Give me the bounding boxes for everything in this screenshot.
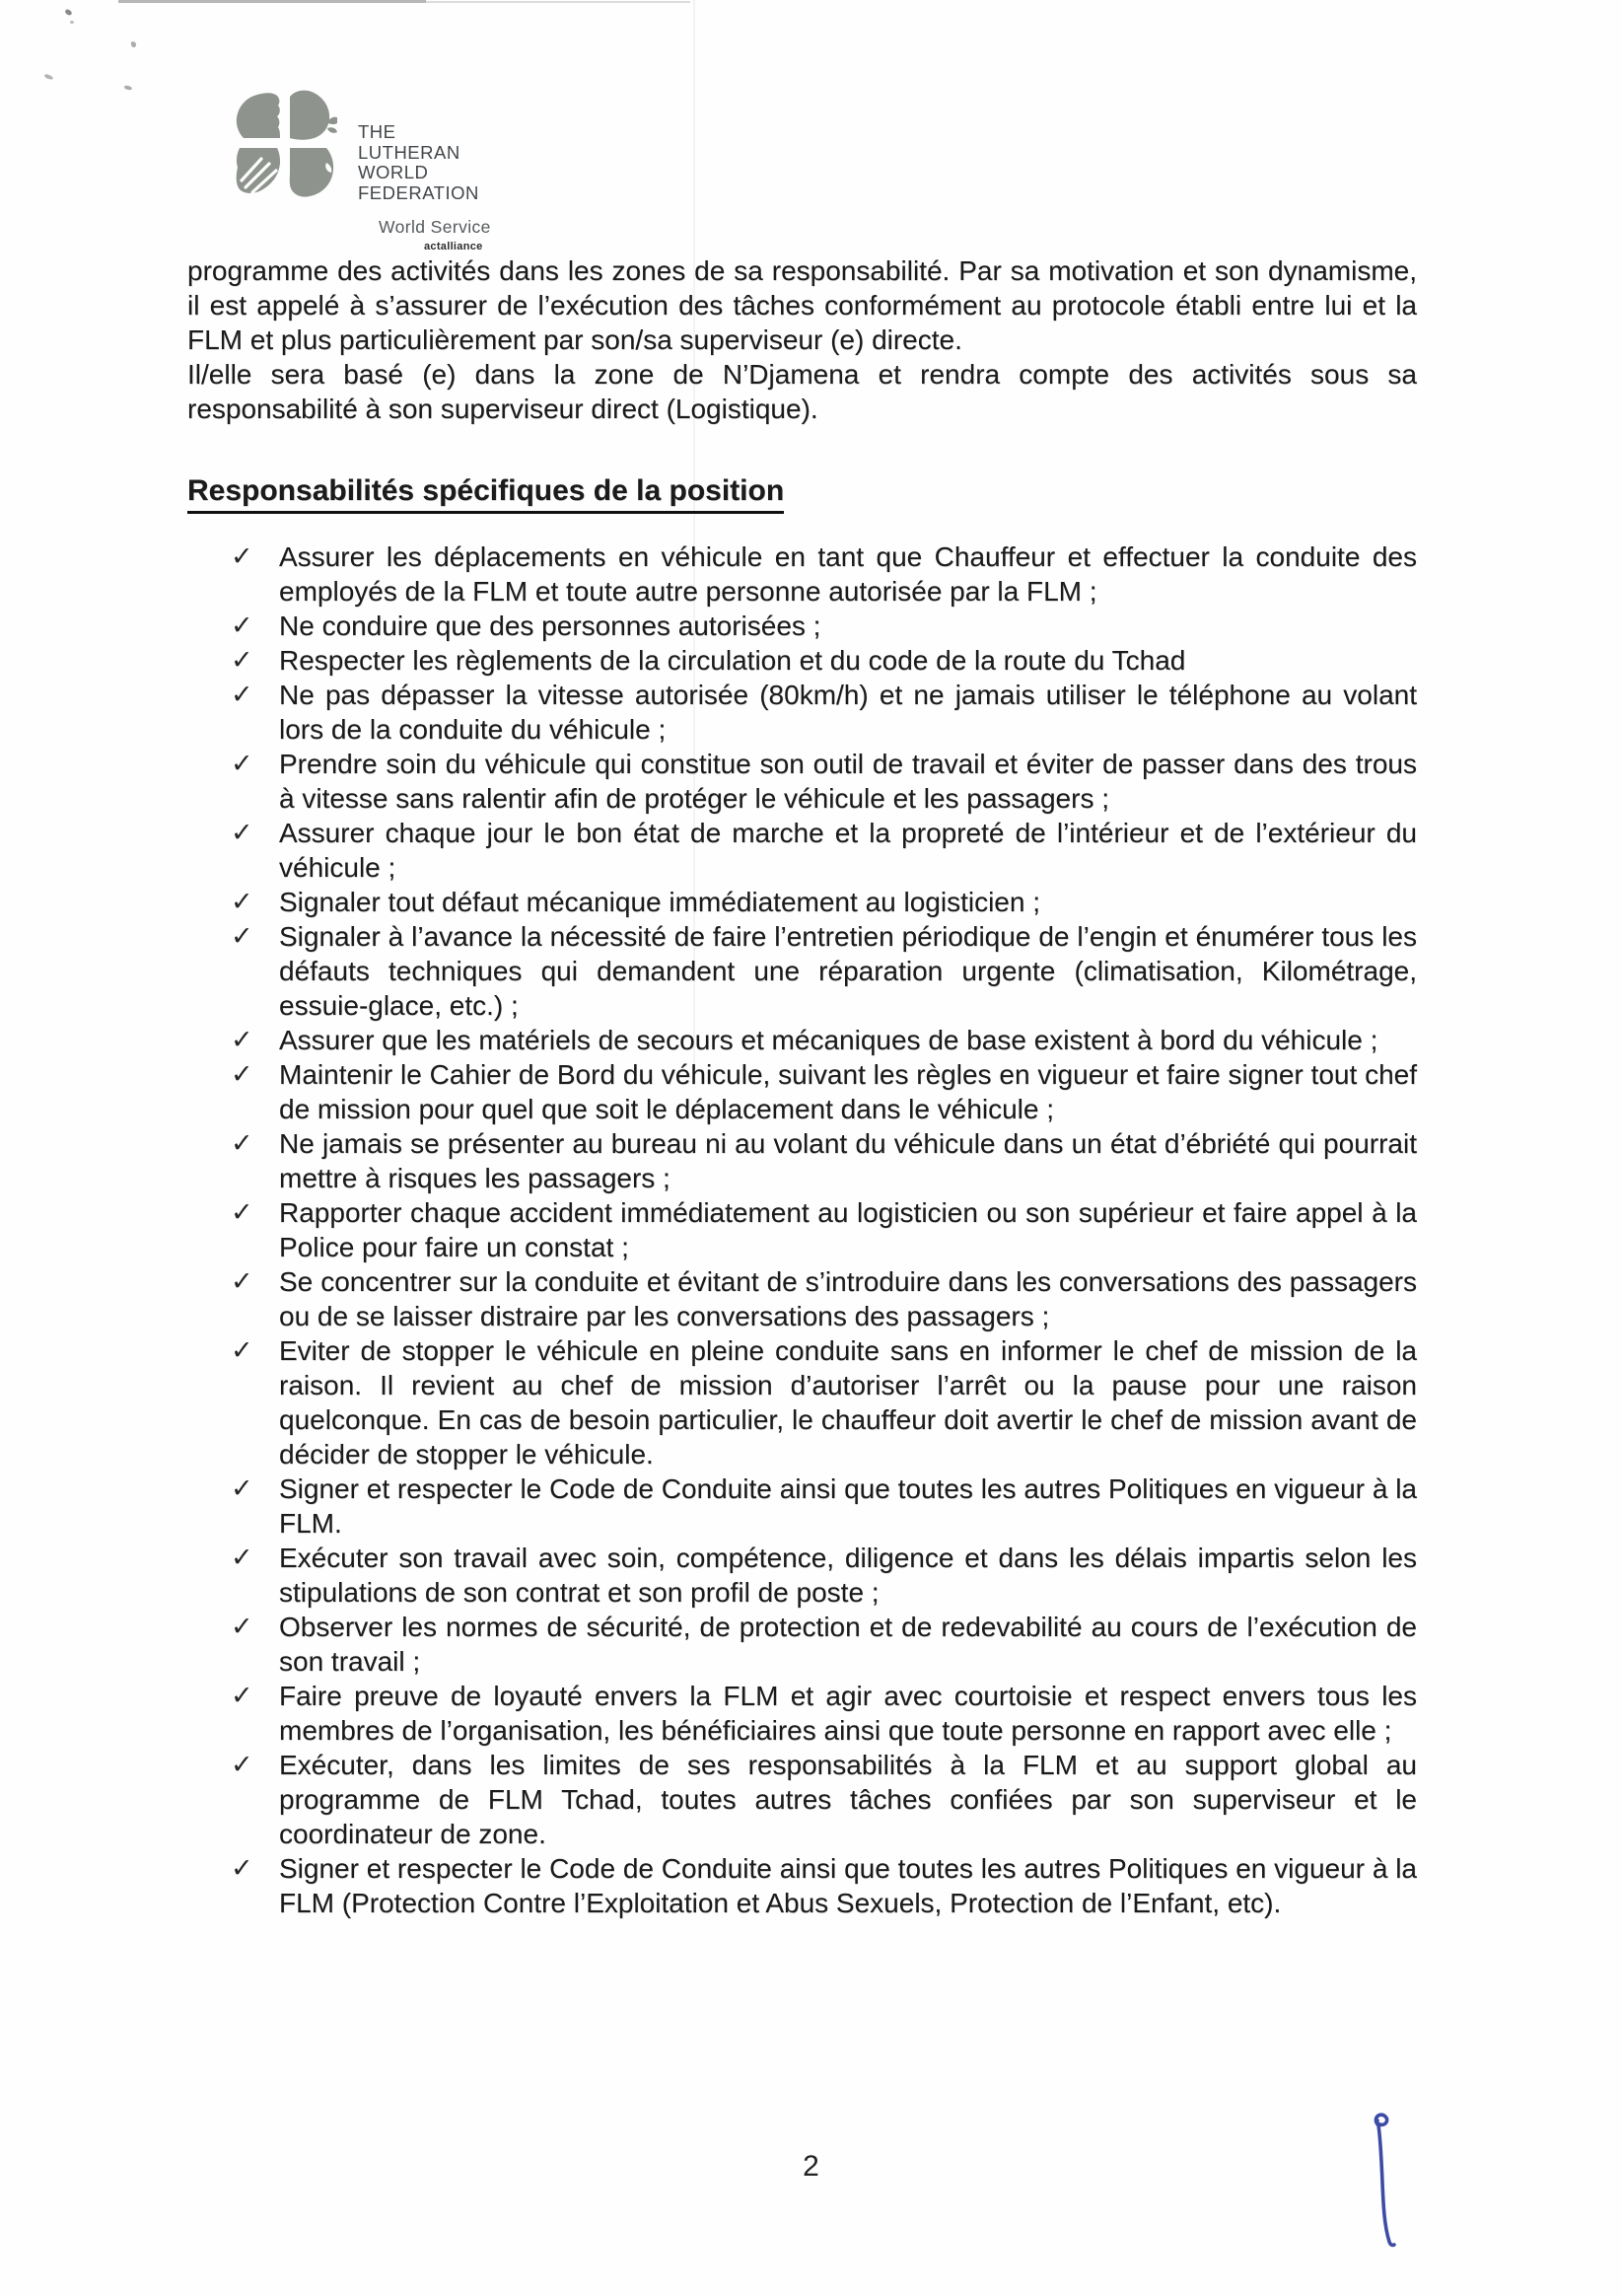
list-item: ✓Observer les normes de sécurité, de pro… — [187, 1610, 1417, 1679]
scan-speck — [124, 85, 133, 91]
pen-mark-annotation — [1364, 2109, 1405, 2249]
scan-speck — [64, 9, 73, 17]
list-item: ✓Signer et respecter le Code de Conduite… — [187, 1471, 1417, 1541]
list-item: ✓Ne jamais se présenter au bureau ni au … — [187, 1126, 1417, 1195]
document-page: THE LUTHERAN WORLD FEDERATION World Serv… — [0, 0, 1622, 2296]
scan-speck — [70, 21, 74, 24]
list-item-text: Ne pas dépasser la vitesse autorisée (80… — [279, 680, 1417, 745]
list-item: ✓Assurer chaque jour le bon état de marc… — [187, 816, 1417, 885]
checkmark-icon: ✓ — [231, 1126, 253, 1161]
list-item-text: Exécuter son travail avec soin, compéten… — [279, 1543, 1417, 1608]
checkmark-icon: ✓ — [231, 1023, 253, 1057]
lwf-world-service-label: World Service — [379, 217, 491, 238]
list-item: ✓Maintenir le Cahier de Bord du véhicule… — [187, 1057, 1417, 1126]
list-item: ✓Respecter les règlements de la circulat… — [187, 643, 1417, 678]
list-item-text: Ne conduire que des personnes autorisées… — [279, 610, 820, 641]
scan-speck — [130, 40, 136, 47]
checkmark-icon: ✓ — [231, 678, 253, 712]
checkmark-icon: ✓ — [231, 1541, 253, 1575]
checkmark-icon: ✓ — [231, 539, 253, 574]
checkmark-icon: ✓ — [231, 1748, 253, 1782]
checkmark-icon: ✓ — [231, 1333, 253, 1368]
checkmark-icon: ✓ — [231, 747, 253, 781]
list-item-text: Assurer que les matériels de secours et … — [279, 1025, 1377, 1055]
list-item-text: Faire preuve de loyauté envers la FLM et… — [279, 1681, 1417, 1746]
list-item: ✓Faire preuve de loyauté envers la FLM e… — [187, 1679, 1417, 1748]
list-item-text: Assurer chaque jour le bon état de march… — [279, 818, 1417, 883]
list-item-text: Ne jamais se présenter au bureau ni au v… — [279, 1128, 1417, 1193]
list-item: ✓Assurer que les matériels de secours et… — [187, 1023, 1417, 1057]
lwf-cross-emblem-icon — [234, 89, 337, 200]
scan-speck — [44, 74, 54, 81]
checkmark-icon: ✓ — [231, 1057, 253, 1092]
list-item: ✓Ne conduire que des personnes autorisée… — [187, 609, 1417, 643]
list-item-text: Eviter de stopper le véhicule en pleine … — [279, 1335, 1417, 1470]
actalliance-logo: actalliance — [424, 241, 483, 252]
lwf-org-line: THE — [358, 122, 479, 143]
list-item: ✓Eviter de stopper le véhicule en pleine… — [187, 1333, 1417, 1471]
checkmark-icon: ✓ — [231, 1471, 253, 1506]
scan-edge-artifact — [426, 1, 690, 3]
checkmark-icon: ✓ — [231, 919, 253, 954]
document-body: programme des activités dans les zones d… — [187, 253, 1417, 1920]
list-item: ✓Rapporter chaque accident immédiatement… — [187, 1195, 1417, 1264]
checkmark-icon: ✓ — [231, 643, 253, 678]
responsibilities-list: ✓Assurer les déplacements en véhicule en… — [187, 539, 1417, 1920]
list-item-text: Signaler à l’avance la nécessité de fair… — [279, 921, 1417, 1021]
list-item-text: Observer les normes de sécurité, de prot… — [279, 1612, 1417, 1677]
list-item: ✓Signaler à l’avance la nécessité de fai… — [187, 919, 1417, 1023]
list-item: ✓Signaler tout défaut mécanique immédiat… — [187, 885, 1417, 919]
list-item-text: Se concentrer sur la conduite et évitant… — [279, 1266, 1417, 1331]
list-item-text: Prendre soin du véhicule qui constitue s… — [279, 749, 1417, 814]
section-heading: Responsabilités spécifiques de la positi… — [187, 474, 784, 514]
list-item: ✓Signer et respecter le Code de Conduite… — [187, 1851, 1417, 1920]
list-item-text: Signer et respecter le Code de Conduite … — [279, 1473, 1417, 1539]
list-item-text: Maintenir le Cahier de Bord du véhicule,… — [279, 1059, 1417, 1124]
lwf-org-line: LUTHERAN — [358, 143, 479, 164]
checkmark-icon: ✓ — [231, 609, 253, 643]
lwf-org-name: THE LUTHERAN WORLD FEDERATION — [358, 122, 479, 203]
checkmark-icon: ✓ — [231, 1851, 253, 1886]
checkmark-icon: ✓ — [231, 885, 253, 919]
lwf-org-line: WORLD — [358, 163, 479, 183]
intro-paragraph-1: programme des activités dans les zones d… — [187, 253, 1417, 357]
list-item-text: Rapporter chaque accident immédiatement … — [279, 1197, 1417, 1262]
list-item: ✓Assurer les déplacements en véhicule en… — [187, 539, 1417, 609]
intro-paragraph-2: Il/elle sera basé (e) dans la zone de N’… — [187, 357, 1417, 426]
list-item: ✓Exécuter, dans les limites de ses respo… — [187, 1748, 1417, 1851]
checkmark-icon: ✓ — [231, 1264, 253, 1299]
lwf-org-line: FEDERATION — [358, 183, 479, 204]
list-item: ✓Ne pas dépasser la vitesse autorisée (8… — [187, 678, 1417, 747]
checkmark-icon: ✓ — [231, 1195, 253, 1230]
scan-edge-artifact — [118, 0, 426, 3]
list-item-text: Signer et respecter le Code de Conduite … — [279, 1853, 1417, 1918]
list-item-text: Respecter les règlements de la circulati… — [279, 645, 1185, 676]
checkmark-icon: ✓ — [231, 1679, 253, 1713]
list-item-text: Exécuter, dans les limites de ses respon… — [279, 1750, 1417, 1849]
checkmark-icon: ✓ — [231, 816, 253, 850]
list-item-text: Signaler tout défaut mécanique immédiate… — [279, 887, 1040, 917]
list-item-text: Assurer les déplacements en véhicule en … — [279, 541, 1417, 607]
list-item: ✓Se concentrer sur la conduite et évitan… — [187, 1264, 1417, 1333]
checkmark-icon: ✓ — [231, 1610, 253, 1644]
list-item: ✓Exécuter son travail avec soin, compéte… — [187, 1541, 1417, 1610]
list-item: ✓Prendre soin du véhicule qui constitue … — [187, 747, 1417, 816]
